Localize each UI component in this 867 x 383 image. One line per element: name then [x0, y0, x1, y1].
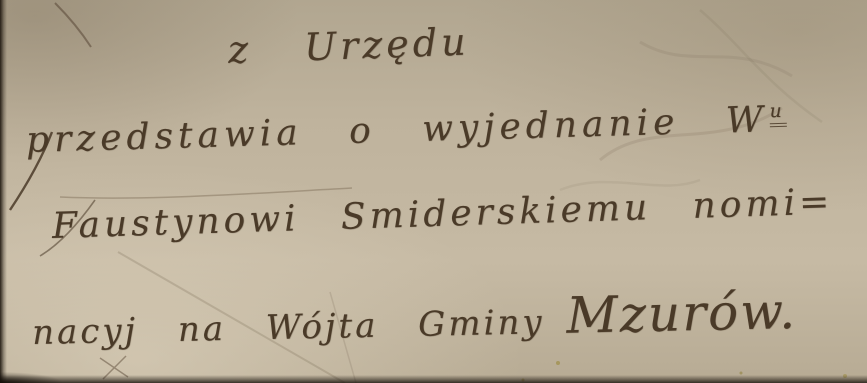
bleedthrough-stroke — [640, 42, 792, 76]
manuscript-photo: z Urzędu przedstawia o wyjednanie Wu Fau… — [0, 0, 867, 383]
line-4-text: nacyj na Wójta Gminy — [32, 302, 545, 353]
photo-edge-bottom — [0, 375, 867, 383]
photo-edge-left — [0, 0, 7, 383]
line-2-text: przedstawia o wyjednanie W — [25, 99, 768, 161]
faint-underline — [60, 188, 352, 198]
line-1-text: z Urzędu — [227, 20, 470, 72]
line-2-superscript-abbreviation: u — [769, 101, 787, 127]
handwriting-line-4: nacyj na Wójta GminyMzurów. — [31, 282, 797, 356]
handwriting-line-1: z Urzędu — [227, 20, 470, 72]
scratch-mark — [55, 3, 91, 47]
photo-corner-bottom-left — [0, 367, 90, 383]
line-4-place-name: Mzurów. — [566, 282, 798, 345]
handwriting-line-3: Faustynowi Smiderskiemu nomi= — [51, 181, 833, 247]
line-3-text: Faustynowi Smiderskiemu nomi= — [51, 181, 833, 247]
paper-speck — [556, 361, 560, 365]
handwriting-line-2: przedstawia o wyjednanie Wu — [25, 99, 787, 162]
